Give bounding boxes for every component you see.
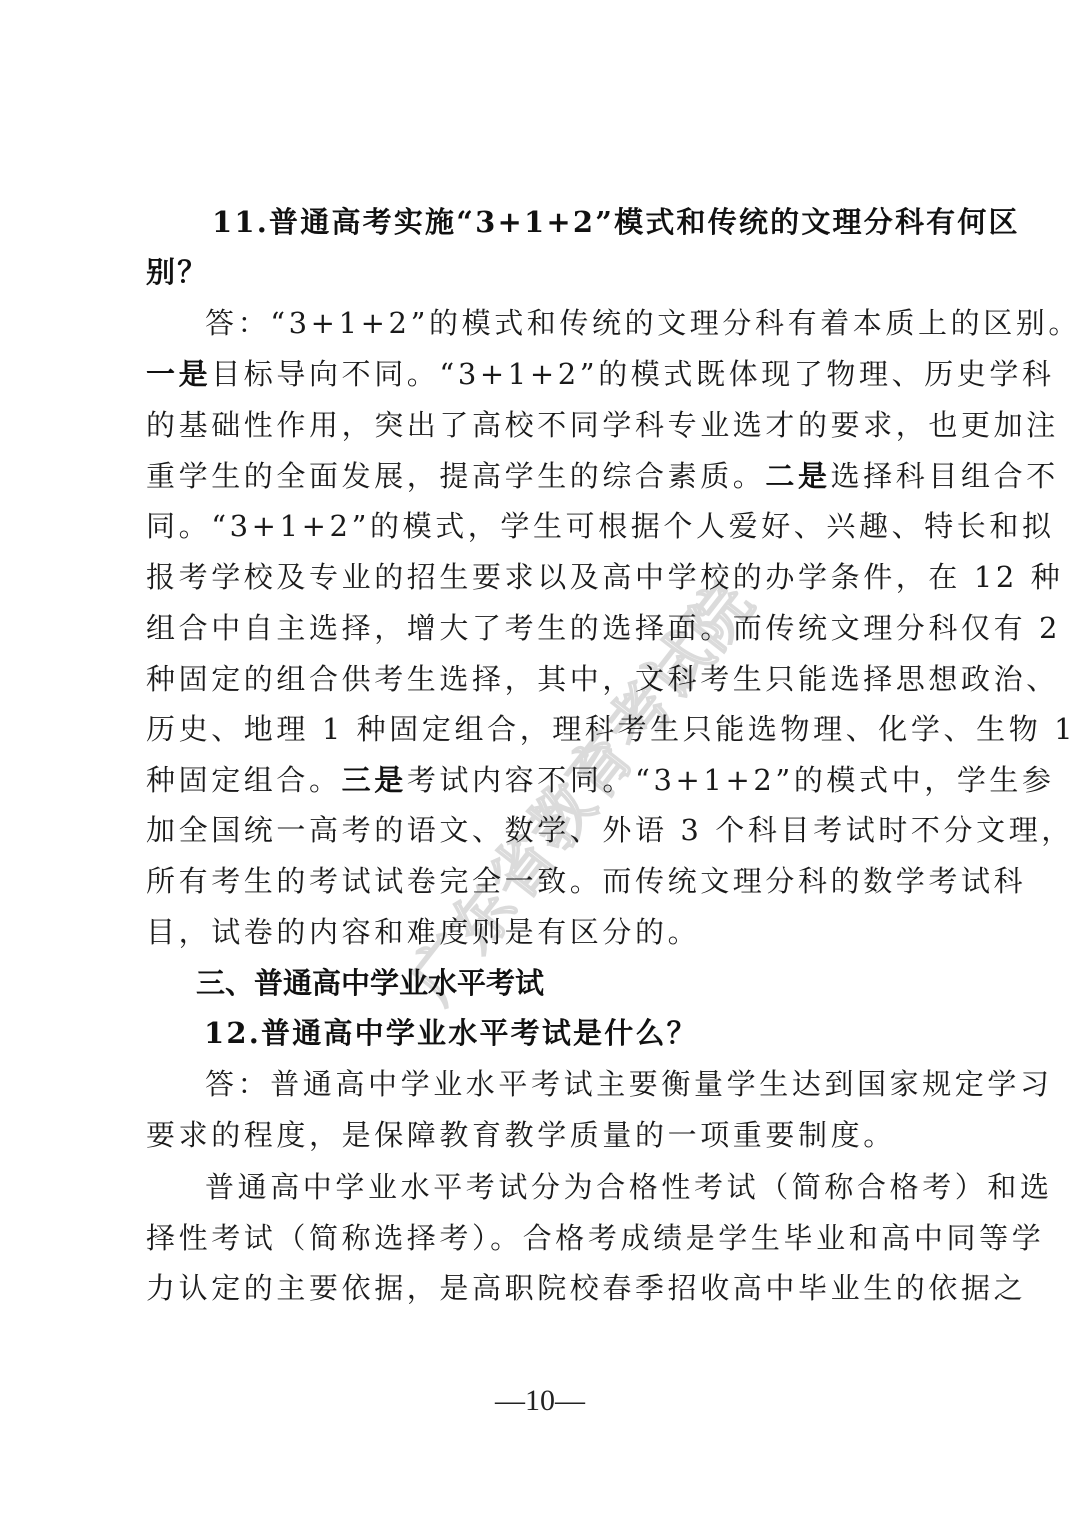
- answer-11-line: 种固定组合。三是考试内容不同。“3+1+2”的模式中，学生参: [146, 760, 946, 800]
- document-page: 广东省教育考试院 11.普通高考实施“3+1+2”模式和传统的文理分科有何区 别…: [0, 0, 1080, 1527]
- emphasis-second-point: 二是: [765, 459, 830, 493]
- section-heading: 三、普通高中学业水平考试: [196, 963, 544, 1003]
- watermark: 广东省教育考试院: [385, 592, 744, 1017]
- answer-11-line: 报考学校及专业的招生要求以及高中学校的办学条件，在 12 种: [146, 557, 946, 597]
- answer-11-line: 所有考生的考试试卷完全一致。而传统文理分科的数学考试科: [146, 861, 946, 901]
- answer-11-line: 组合中自主选择，增大了考生的选择面。而传统文理分科仅有 2: [146, 608, 946, 648]
- answer-11-line: 的基础性作用，突出了高校不同学科专业选才的要求，也更加注: [146, 405, 946, 445]
- answer-11-line: 重学生的全面发展，提高学生的综合素质。二是选择科目组合不: [146, 456, 946, 496]
- answer-11-line: 答：“3+1+2”的模式和传统的文理分科有着本质上的区别。: [205, 303, 946, 343]
- emphasis-first-point: 一是: [146, 357, 211, 391]
- answer-12-line: 力认定的主要依据，是高职院校春季招收高中毕业生的依据之: [146, 1268, 946, 1308]
- answer-11-line: 目，试卷的内容和难度则是有区分的。: [146, 912, 946, 952]
- page-number: —10—: [0, 1383, 1080, 1419]
- answer-12-line: 答：普通高中学业水平考试主要衡量学生达到国家规定学习: [205, 1064, 946, 1104]
- question-11-title-line-2: 别？: [146, 252, 946, 292]
- question-12-title: 12.普通高中学业水平考试是什么？: [204, 1013, 698, 1053]
- question-11-title-line-1: 11.普通高考实施“3+1+2”模式和传统的文理分科有何区: [212, 202, 946, 242]
- answer-12-line: 择性考试（简称选择考）。合格考成绩是学生毕业和高中同等学: [146, 1218, 946, 1258]
- answer-11-line: 加全国统一高考的语文、数学、外语 3 个科目考试时不分文理，: [146, 810, 946, 850]
- answer-11-line: 历史、地理 1 种固定组合，理科考生只能选物理、化学、生物 1: [146, 709, 946, 749]
- answer-12-line: 普通高中学业水平考试分为合格性考试（简称合格考）和选: [205, 1167, 946, 1207]
- answer-11-line: 一是目标导向不同。“3+1+2”的模式既体现了物理、历史学科: [146, 354, 946, 394]
- emphasis-third-point: 三是: [342, 763, 407, 797]
- answer-11-line: 种固定的组合供考生选择，其中，文科考生只能选择思想政治、: [146, 659, 946, 699]
- answer-12-line: 要求的程度，是保障教育教学质量的一项重要制度。: [146, 1115, 946, 1155]
- answer-11-line: 同。“3+1+2”的模式，学生可根据个人爱好、兴趣、特长和拟: [146, 506, 946, 546]
